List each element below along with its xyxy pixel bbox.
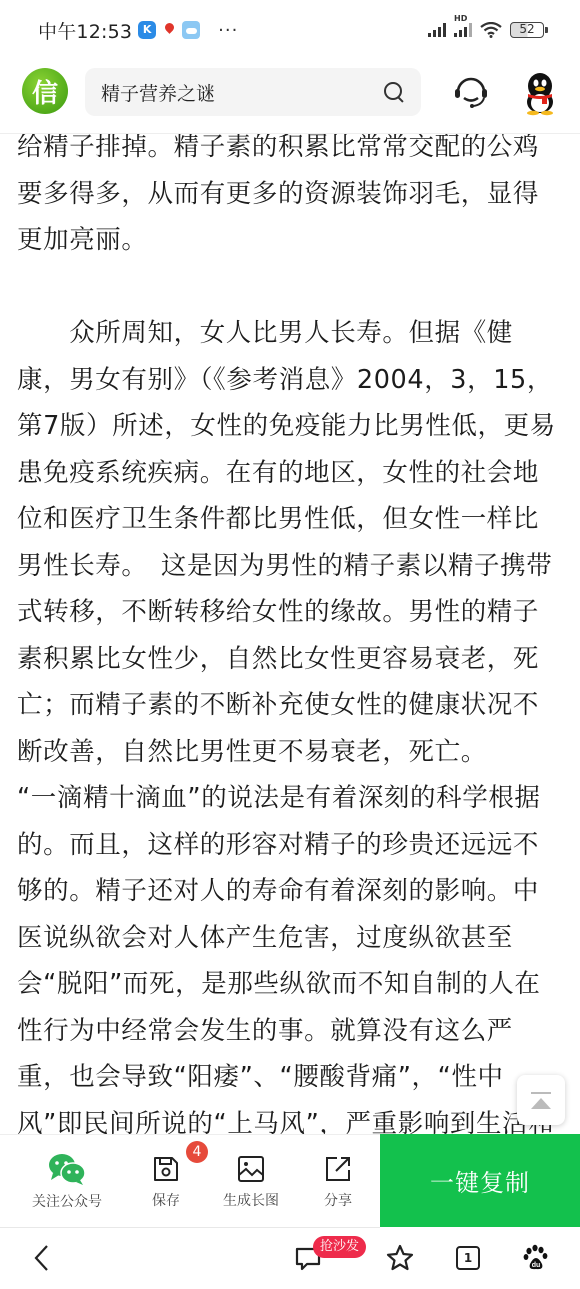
image-icon: [236, 1154, 266, 1184]
one-click-copy-button[interactable]: 一键复制: [380, 1134, 580, 1227]
search-icon[interactable]: [383, 81, 405, 103]
action-label: 关注公众号: [32, 1191, 102, 1211]
article-paragraph: “一滴精十滴血”的说法是有着深刻的科学根据的。而且，这样的形容对精子的珍贵还远远…: [17, 775, 557, 1134]
back-to-top-button[interactable]: [517, 1075, 565, 1125]
more-notifications-icon: ···: [218, 20, 238, 41]
back-button[interactable]: [22, 1238, 62, 1278]
generate-long-image-button[interactable]: 生成长图: [216, 1135, 286, 1228]
action-label: 保存: [152, 1190, 180, 1210]
map-pin-app-icon: [162, 21, 176, 39]
header-divider: [0, 133, 580, 134]
bottom-nav: 1 du: [0, 1228, 580, 1289]
weather-app-icon: [182, 21, 200, 39]
tabs-button[interactable]: 1: [448, 1238, 488, 1278]
network-label: HD: [454, 14, 467, 23]
favorite-button[interactable]: [380, 1238, 420, 1278]
baidu-paw-icon: du: [522, 1244, 550, 1272]
grab-sofa-badge[interactable]: 抢沙发: [313, 1236, 366, 1258]
status-bar: 中午12:53 K ··· HD 52: [0, 0, 580, 60]
signal-icon: [428, 23, 446, 37]
baidu-button[interactable]: du: [516, 1238, 556, 1278]
signal-hd-icon: HD: [454, 23, 472, 37]
customer-service-icon[interactable]: [452, 74, 490, 110]
paragraph-gap: [17, 264, 557, 311]
wifi-icon: [480, 22, 502, 38]
battery-indicator: 52: [510, 22, 544, 38]
status-right: HD 52: [428, 22, 544, 38]
action-label: 生成长图: [223, 1190, 279, 1210]
share-button[interactable]: 分享: [310, 1135, 366, 1228]
svg-text:du: du: [532, 1262, 541, 1269]
search-input[interactable]: 精子营养之谜: [85, 68, 421, 116]
save-icon: [151, 1154, 181, 1184]
qq-icon[interactable]: [520, 70, 560, 116]
search-query[interactable]: 精子营养之谜: [101, 79, 383, 106]
app-logo[interactable]: 信: [22, 68, 68, 114]
header: 信 精子营养之谜: [0, 60, 580, 124]
status-time: 中午12:53: [38, 17, 132, 44]
action-label: 分享: [324, 1190, 352, 1210]
back-icon: [32, 1243, 52, 1273]
star-icon: [385, 1243, 415, 1273]
wechat-icon: [47, 1153, 87, 1185]
status-left: 中午12:53 K ···: [38, 17, 238, 44]
tab-count: 1: [456, 1246, 480, 1270]
share-icon: [323, 1154, 353, 1184]
article-paragraph: 众所周知，女人比男人长寿。但据《健康，男女有别》（《参考消息》2004，3，15…: [17, 310, 557, 775]
arrow-up-icon: [531, 1098, 551, 1109]
follow-official-account-button[interactable]: 关注公众号: [22, 1135, 112, 1228]
top-bar-icon: [531, 1092, 551, 1094]
save-count-badge: 4: [186, 1141, 208, 1163]
article-body: 给精子排掉。精子素的积累比常常交配的公鸡要多得多，从而有更多的资源装饰羽毛，显得…: [17, 124, 557, 1134]
kuaishou-app-icon: K: [138, 21, 156, 39]
article-paragraph: 给精子排掉。精子素的积累比常常交配的公鸡要多得多，从而有更多的资源装饰羽毛，显得…: [17, 124, 557, 264]
